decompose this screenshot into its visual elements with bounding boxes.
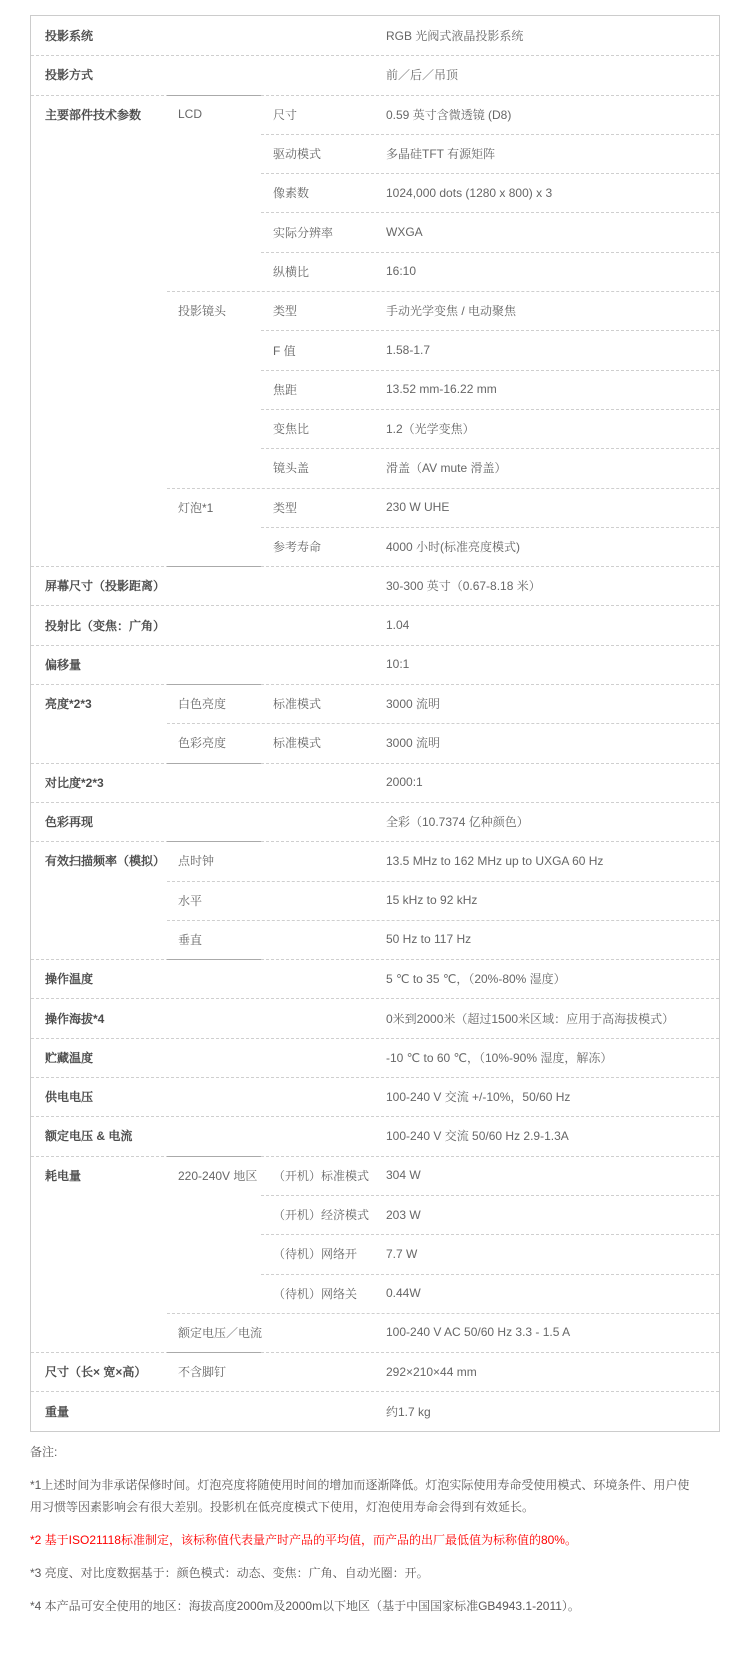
sub-label: 类型 <box>261 291 376 330</box>
table-row: 投射比（变焦：广角）1.04 <box>31 605 719 644</box>
row-label: 有效扫描频率（模拟） <box>31 841 167 880</box>
table-row: 镜头盖滑盖（AV mute 滑盖） <box>31 448 719 487</box>
table-row: 驱动模式多晶硅TFT 有源矩阵 <box>31 134 719 173</box>
sub-label: 参考寿命 <box>261 527 376 566</box>
sub-label: 驱动模式 <box>261 134 376 173</box>
table-row: 有效扫描频率（模拟）点时钟13.5 MHz to 162 MHz up to U… <box>31 841 719 880</box>
group-divider <box>167 1352 261 1353</box>
spec-value: 30-300 英寸（0.67-8.18 米） <box>376 566 719 605</box>
table-row: 焦距13.52 mm-16.22 mm <box>31 370 719 409</box>
table-row: （待机）网络关0.44W <box>31 1274 719 1313</box>
spec-value: 0米到2000米（超过1500米区域：应用于高海拔模式） <box>376 998 719 1037</box>
spec-value: 滑盖（AV mute 滑盖） <box>376 448 719 487</box>
row-label: 尺寸（长× 宽×高） <box>31 1352 167 1391</box>
sub-label: 垂直 <box>167 920 376 959</box>
spec-value: 1.04 <box>376 605 719 644</box>
table-row: 操作海拔*40米到2000米（超过1500米区域：应用于高海拔模式） <box>31 998 719 1037</box>
table-row: 参考寿命4000 小时(标准亮度模式) <box>31 527 719 566</box>
spec-value: 100-240 V AC 50/60 Hz 3.3 - 1.5 A <box>376 1313 719 1352</box>
sub-label: 点时钟 <box>167 841 376 880</box>
row-label: 偏移量 <box>31 645 376 684</box>
sub-label: 实际分辨率 <box>261 212 376 251</box>
sub-label: 标准模式 <box>261 684 376 723</box>
sub-label: 焦距 <box>261 370 376 409</box>
spec-value: 前／后／吊顶 <box>376 55 719 94</box>
table-row: 尺寸（长× 宽×高）不含脚钉292×210×44 mm <box>31 1352 719 1391</box>
table-row: 重量约1.7 kg <box>31 1391 719 1430</box>
row-label: 色彩再现 <box>31 802 376 841</box>
spec-value: 3000 流明 <box>376 684 719 723</box>
sub-label: 灯泡*1 <box>167 488 261 527</box>
table-row: 额定电压／电流100-240 V AC 50/60 Hz 3.3 - 1.5 A <box>31 1313 719 1352</box>
spec-value: 1024,000 dots (1280 x 800) x 3 <box>376 173 719 212</box>
note-1: *1上述时间为非承诺保修时间。灯泡亮度将随使用时间的增加而逐渐降低。灯泡实际使用… <box>30 1474 692 1518</box>
row-label: 贮藏温度 <box>31 1038 376 1077</box>
sub-label: 色彩亮度 <box>167 723 261 762</box>
sub-label: （开机）标准模式 <box>261 1156 376 1195</box>
sub-label: 水平 <box>167 881 376 920</box>
note-4: *4 本产品可安全使用的地区：海拔高度2000m及2000m以下地区（基于中国国… <box>30 1595 692 1617</box>
table-row: 投影镜头类型手动光学变焦 / 电动聚焦 <box>31 291 719 330</box>
spec-value: -10 ℃ to 60 ℃，（10%-90% 湿度，解冻） <box>376 1038 719 1077</box>
spec-value: 50 Hz to 117 Hz <box>376 920 719 959</box>
row-label: 投射比（变焦：广角） <box>31 605 376 644</box>
sub-label: 投影镜头 <box>167 291 261 330</box>
table-row: （开机）经济模式203 W <box>31 1195 719 1234</box>
spec-value: 15 kHz to 92 kHz <box>376 881 719 920</box>
row-label: 操作温度 <box>31 959 376 998</box>
spec-value: 全彩（10.7374 亿种颜色） <box>376 802 719 841</box>
table-row: 色彩再现全彩（10.7374 亿种颜色） <box>31 802 719 841</box>
group-divider <box>167 95 261 96</box>
spec-value: 多晶硅TFT 有源矩阵 <box>376 134 719 173</box>
row-label: 投影系统 <box>31 16 376 55</box>
spec-value: 手动光学变焦 / 电动聚焦 <box>376 291 719 330</box>
spec-value: 100-240 V 交流 50/60 Hz 2.9-1.3A <box>376 1116 719 1155</box>
group-divider <box>167 684 261 685</box>
table-row: 亮度*2*3白色亮度标准模式3000 流明 <box>31 684 719 723</box>
sub-label: 变焦比 <box>261 409 376 448</box>
note-2: *2 基于ISO21118标准制定，该标称值代表量产时产品的平均值，而产品的出厂… <box>30 1529 692 1551</box>
table-row: 投影方式前／后／吊顶 <box>31 55 719 94</box>
row-label: 重量 <box>31 1391 376 1430</box>
row-label: 屏幕尺寸（投影距离） <box>31 566 376 605</box>
spec-value: 0.44W <box>376 1274 719 1313</box>
row-label: 对比度*2*3 <box>31 763 376 802</box>
sub-label: 白色亮度 <box>167 684 261 723</box>
group-divider <box>167 841 261 842</box>
sub-label: 像素数 <box>261 173 376 212</box>
table-row: 像素数1024,000 dots (1280 x 800) x 3 <box>31 173 719 212</box>
table-row: 操作温度5 ℃ to 35 ℃，（20%-80% 湿度） <box>31 959 719 998</box>
spec-value: RGB 光阀式液晶投影系统 <box>376 16 719 55</box>
spec-table: 投影系统RGB 光阀式液晶投影系统投影方式前／后／吊顶主要部件技术参数LCD尺寸… <box>30 15 720 1432</box>
spec-value: 7.7 W <box>376 1234 719 1273</box>
spec-value: 203 W <box>376 1195 719 1234</box>
spec-value: 5 ℃ to 35 ℃，（20%-80% 湿度） <box>376 959 719 998</box>
group-divider <box>167 566 261 567</box>
spec-value: 3000 流明 <box>376 723 719 762</box>
table-row: 主要部件技术参数LCD尺寸0.59 英寸含微透镜 (D8) <box>31 95 719 134</box>
row-label: 供电电压 <box>31 1077 376 1116</box>
spec-value: WXGA <box>376 212 719 251</box>
sub-label: 额定电压／电流 <box>167 1313 376 1352</box>
spec-value: 16:10 <box>376 252 719 291</box>
notes-section: 备注: *1上述时间为非承诺保修时间。灯泡亮度将随使用时间的增加而逐渐降低。灯泡… <box>30 1441 692 1628</box>
spec-value: 230 W UHE <box>376 488 719 527</box>
row-label: 亮度*2*3 <box>31 684 167 723</box>
table-row: 贮藏温度-10 ℃ to 60 ℃，（10%-90% 湿度，解冻） <box>31 1038 719 1077</box>
sub-label: 纵横比 <box>261 252 376 291</box>
spec-value: 1.58-1.7 <box>376 330 719 369</box>
table-row: （待机）网络开7.7 W <box>31 1234 719 1273</box>
sub-label: 不含脚钉 <box>167 1352 376 1391</box>
sub-label: （待机）网络关 <box>261 1274 376 1313</box>
sub-label: LCD <box>167 95 261 134</box>
sub-label: 标准模式 <box>261 723 376 762</box>
table-row: 偏移量10:1 <box>31 645 719 684</box>
row-label: 投影方式 <box>31 55 376 94</box>
spec-value: 292×210×44 mm <box>376 1352 719 1391</box>
group-divider <box>167 959 261 960</box>
table-row: 对比度*2*32000:1 <box>31 763 719 802</box>
table-row: 供电电压100-240 V 交流 +/-10%，50/60 Hz <box>31 1077 719 1116</box>
row-label: 主要部件技术参数 <box>31 95 167 134</box>
sub-label: （开机）经济模式 <box>261 1195 376 1234</box>
spec-value: 1.2（光学变焦） <box>376 409 719 448</box>
sub-label: 类型 <box>261 488 376 527</box>
spec-value: 4000 小时(标准亮度模式) <box>376 527 719 566</box>
table-row: 实际分辨率WXGA <box>31 212 719 251</box>
table-row: 纵横比16:10 <box>31 252 719 291</box>
sub-label: 尺寸 <box>261 95 376 134</box>
table-row: 投影系统RGB 光阀式液晶投影系统 <box>31 16 719 55</box>
spec-value: 13.5 MHz to 162 MHz up to UXGA 60 Hz <box>376 841 719 880</box>
table-row: 色彩亮度标准模式3000 流明 <box>31 723 719 762</box>
spec-value: 13.52 mm-16.22 mm <box>376 370 719 409</box>
table-row: 变焦比1.2（光学变焦） <box>31 409 719 448</box>
sub-label: 220-240V 地区 <box>167 1156 261 1195</box>
table-row: 耗电量220-240V 地区（开机）标准模式304 W <box>31 1156 719 1195</box>
spec-value: 304 W <box>376 1156 719 1195</box>
spec-value: 0.59 英寸含微透镜 (D8) <box>376 95 719 134</box>
group-divider <box>167 763 261 764</box>
spec-value: 2000:1 <box>376 763 719 802</box>
sub-label: F 值 <box>261 330 376 369</box>
table-row: 额定电压 & 电流100-240 V 交流 50/60 Hz 2.9-1.3A <box>31 1116 719 1155</box>
note-3: *3 亮度、对比度数据基于：颜色模式：动态、变焦：广角、自动光圈：开。 <box>30 1562 692 1584</box>
table-row: 灯泡*1类型230 W UHE <box>31 488 719 527</box>
spec-value: 约1.7 kg <box>376 1391 719 1430</box>
notes-title: 备注: <box>30 1441 692 1463</box>
row-label: 耗电量 <box>31 1156 167 1195</box>
table-row: F 值1.58-1.7 <box>31 330 719 369</box>
table-row: 水平15 kHz to 92 kHz <box>31 881 719 920</box>
sub-label: （待机）网络开 <box>261 1234 376 1273</box>
table-row: 垂直50 Hz to 117 Hz <box>31 920 719 959</box>
row-label: 操作海拔*4 <box>31 998 376 1037</box>
table-row: 屏幕尺寸（投影距离）30-300 英寸（0.67-8.18 米） <box>31 566 719 605</box>
row-label: 额定电压 & 电流 <box>31 1116 376 1155</box>
group-divider <box>167 1156 261 1157</box>
spec-value: 10:1 <box>376 645 719 684</box>
sub-label: 镜头盖 <box>261 448 376 487</box>
spec-value: 100-240 V 交流 +/-10%，50/60 Hz <box>376 1077 719 1116</box>
